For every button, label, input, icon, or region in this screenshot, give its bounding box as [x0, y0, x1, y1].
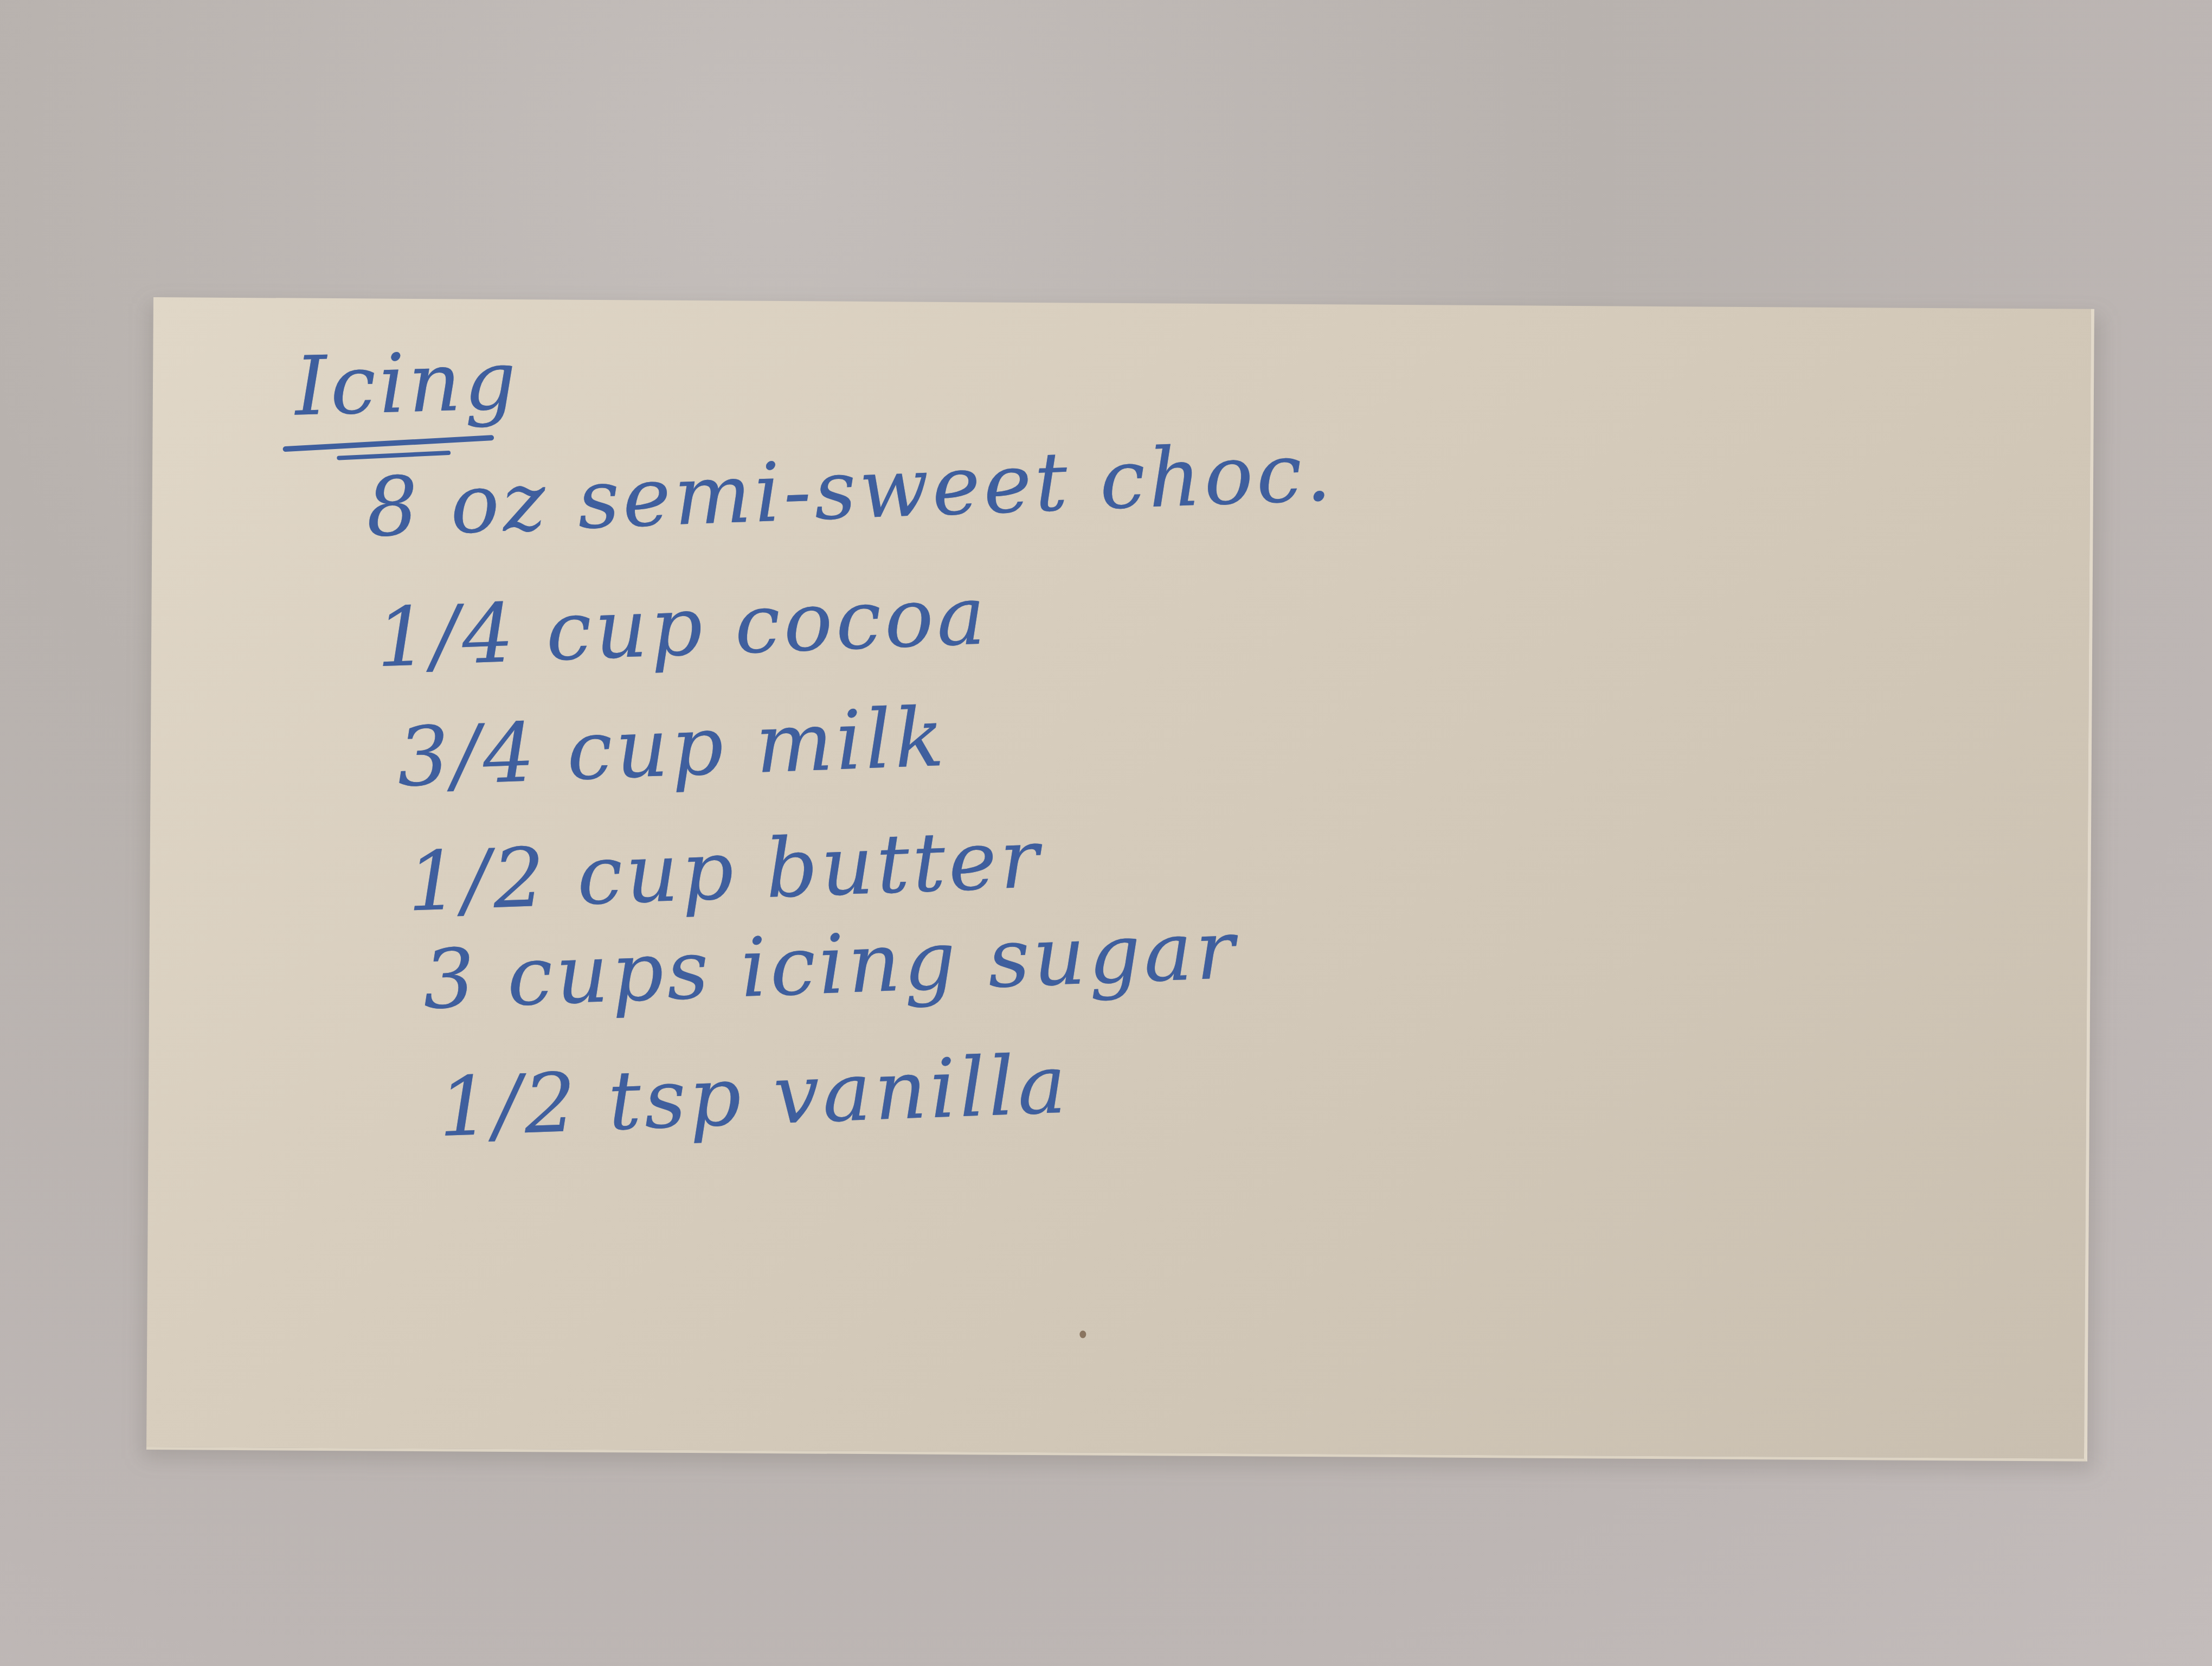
- recipe-card: Icing 8 oz semi-sweet choc. 1/4 cup coco…: [146, 297, 2094, 1462]
- paper-speck: [1079, 1330, 1086, 1338]
- photo-scene: Icing 8 oz semi-sweet choc. 1/4 cup coco…: [0, 0, 2212, 1666]
- ingredient-line: 1/2 tsp vanilla: [437, 1037, 1071, 1156]
- title-underline: [282, 435, 494, 452]
- ingredient-line: 8 oz semi-sweet choc.: [364, 425, 1336, 555]
- recipe-title: Icing: [294, 334, 521, 434]
- ingredient-line: 1/4 cup cocoa: [375, 568, 990, 685]
- ingredient-line: 1/2 cup butter: [406, 812, 1044, 930]
- ingredient-line: 3/4 cup milk: [396, 690, 949, 805]
